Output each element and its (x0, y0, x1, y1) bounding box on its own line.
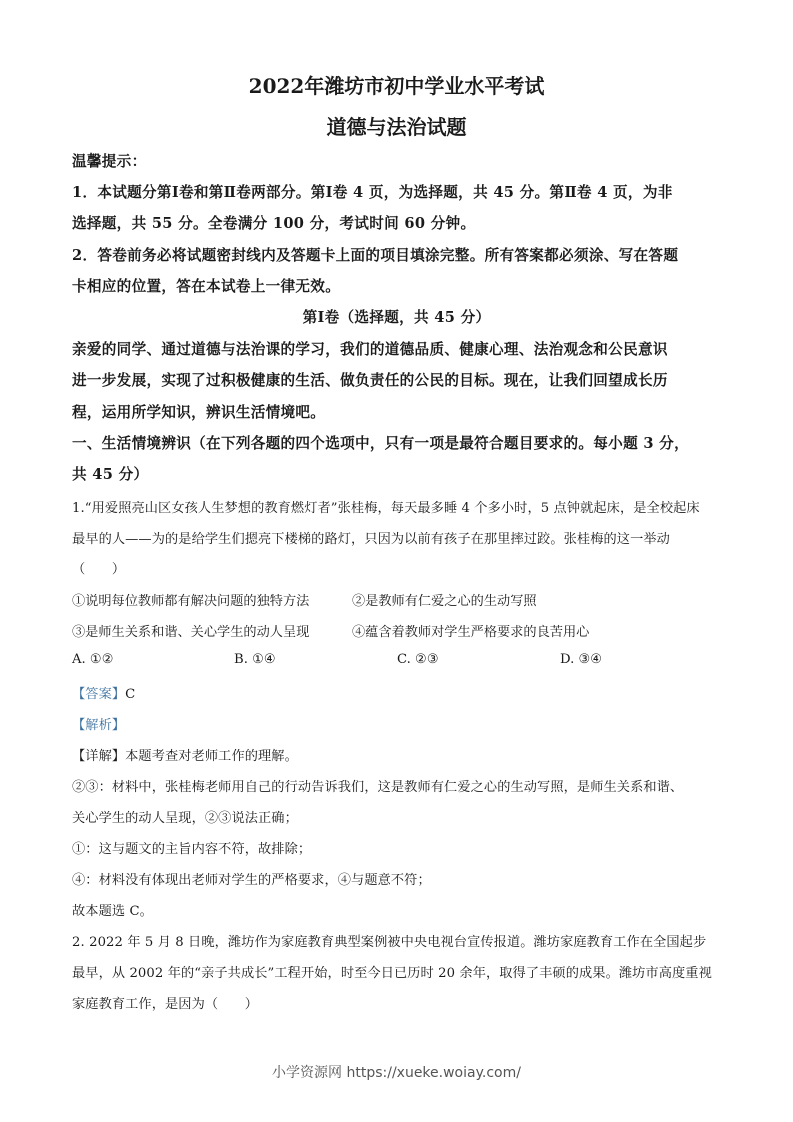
notice-line: 1．本试题分第Ⅰ卷和第Ⅱ卷两部分。第Ⅰ卷 4 页，为选择题，共 45 分。第Ⅱ卷… (72, 181, 673, 202)
q1-stem-line: （ ） (72, 558, 125, 577)
part-heading: 一、生活情境辨识（在下列各题的四个选项中，只有一项是最符合题目要求的。每小题 3… (72, 432, 689, 453)
section-title: 第Ⅰ卷（选择题，共 45 分） (0, 306, 793, 327)
q1-stem-line: 1.“用爱照亮山区女孩人生梦想的教育燃灯者”张桂梅，每天最多睡 4 个多小时，5… (72, 497, 700, 516)
answer-value: C (125, 687, 135, 702)
q2-stem-line: 最早，从 2002 年的“亲子共成长”工程开始，时至今日已历时 20 余年，取得… (72, 962, 712, 981)
q1-statement: ③是师生关系和谐、关心学生的动人呈现 (72, 621, 309, 640)
notice-line: 2．答卷前务必将试题密封线内及答题卡上面的项目填涂完整。所有答案都必须涂、写在答… (72, 244, 678, 265)
q1-option-c: C. ②③ (397, 652, 439, 667)
explanation-line: 关心学生的动人呈现，②③说法正确； (72, 807, 298, 826)
intro-line: 亲爱的同学、通过道德与法治课的学习，我们的道德品质、健康心理、法治观念和公民意识 (72, 338, 668, 359)
intro-line: 进一步发展，实现了过积极健康的生活、做负责任的公民的目标。现在，让我们回望成长历 (72, 369, 668, 390)
exam-page: 2022年潍坊市初中学业水平考试 道德与法治试题 温馨提示： 1．本试题分第Ⅰ卷… (0, 0, 793, 1122)
notice-heading: 温馨提示： (72, 150, 146, 171)
notice-line: 选择题，共 55 分。全卷满分 100 分，考试时间 60 分钟。 (72, 212, 475, 233)
explanation-line: ①：这与题文的主旨内容不符，故排除； (72, 838, 311, 857)
q1-option-a: A. ①② (72, 652, 114, 667)
q1-statement: ④蕴含着教师对学生严格要求的良苦用心 (352, 621, 589, 640)
notice-line: 卡相应的位置，答在本试卷上一律无效。 (72, 275, 340, 296)
analysis-tag: 【解析】 (72, 714, 125, 733)
explanation-line: 故本题选 C。 (72, 900, 153, 919)
exam-subtitle: 道德与法治试题 (0, 111, 793, 140)
explanation-line: ②③：材料中，张桂梅老师用自己的行动告诉我们，这是教师有仁爱之心的生动写照，是师… (72, 776, 683, 795)
exam-title: 2022年潍坊市初中学业水平考试 (0, 70, 793, 99)
q1-option-b: B. ①④ (234, 652, 276, 667)
q2-stem-line: 家庭教育工作，是因为（ ） (72, 993, 258, 1012)
intro-line: 程，运用所学知识，辨识生活情境吧。 (72, 401, 325, 422)
explanation-line: ④：材料没有体现出老师对学生的严格要求，④与题意不符； (72, 869, 431, 888)
q1-option-d: D. ③④ (560, 652, 602, 667)
q1-answer: 【答案】C (72, 683, 135, 702)
footer-watermark: 小学资源网 https://xueke.woiay.com/ (0, 1062, 793, 1082)
q1-statement: ②是教师有仁爱之心的生动写照 (352, 590, 537, 609)
part-heading: 共 45 分） (72, 463, 148, 484)
q1-statement: ①说明每位教师都有解决问题的独特方法 (72, 590, 309, 609)
q2-stem-line: 2. 2022 年 5 月 8 日晚，潍坊作为家庭教育典型案例被中央电视台宣传报… (72, 931, 706, 950)
answer-tag: 【答案】 (72, 687, 125, 702)
explanation-line: 【详解】本题考查对老师工作的理解。 (72, 745, 298, 764)
q1-stem-line: 最早的人——为的是给学生们摁亮下楼梯的路灯，只因为以前有孩子在那里摔过跤。张桂梅… (72, 528, 670, 547)
